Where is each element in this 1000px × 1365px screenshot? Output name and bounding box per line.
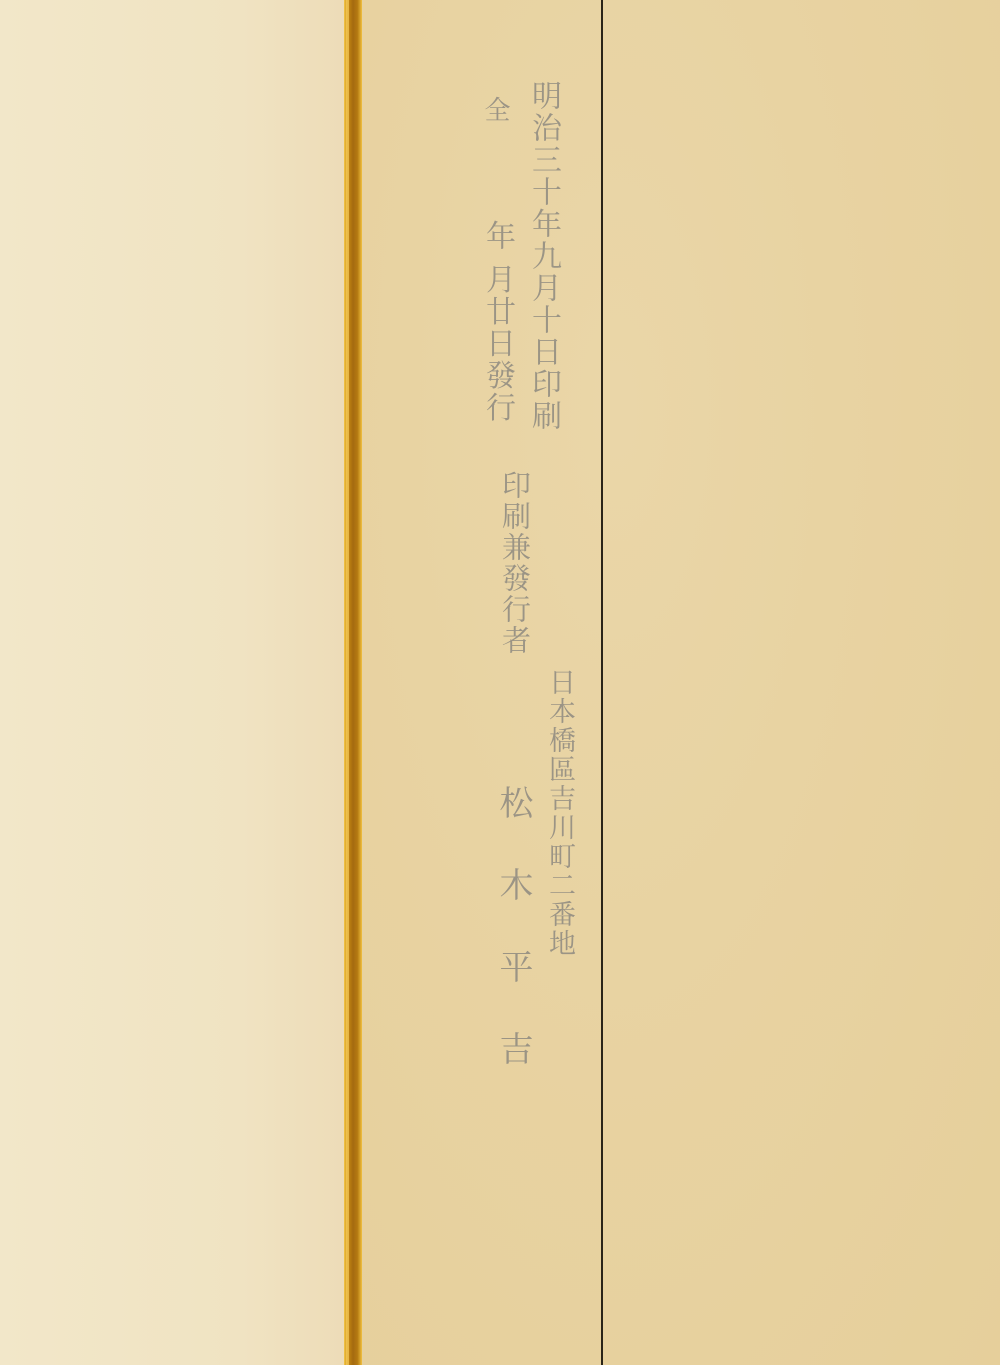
left-page <box>0 0 344 1365</box>
publisher-address: 日本橋區吉川町二番地 <box>546 668 573 958</box>
frame-rule-line <box>601 0 603 1365</box>
gold-highlight <box>346 0 349 1365</box>
gilded-page-edge <box>344 0 362 1365</box>
right-page <box>362 0 1000 1365</box>
publisher-name: 松木平吉 <box>496 785 530 1113</box>
printing-date: 明治三十年九月十日印刷 <box>528 80 558 432</box>
completion-mark: 全 <box>482 96 508 124</box>
publishing-date: 年 月廿日發行 <box>482 220 512 424</box>
publisher-role: 印刷兼發行者 <box>500 470 529 656</box>
